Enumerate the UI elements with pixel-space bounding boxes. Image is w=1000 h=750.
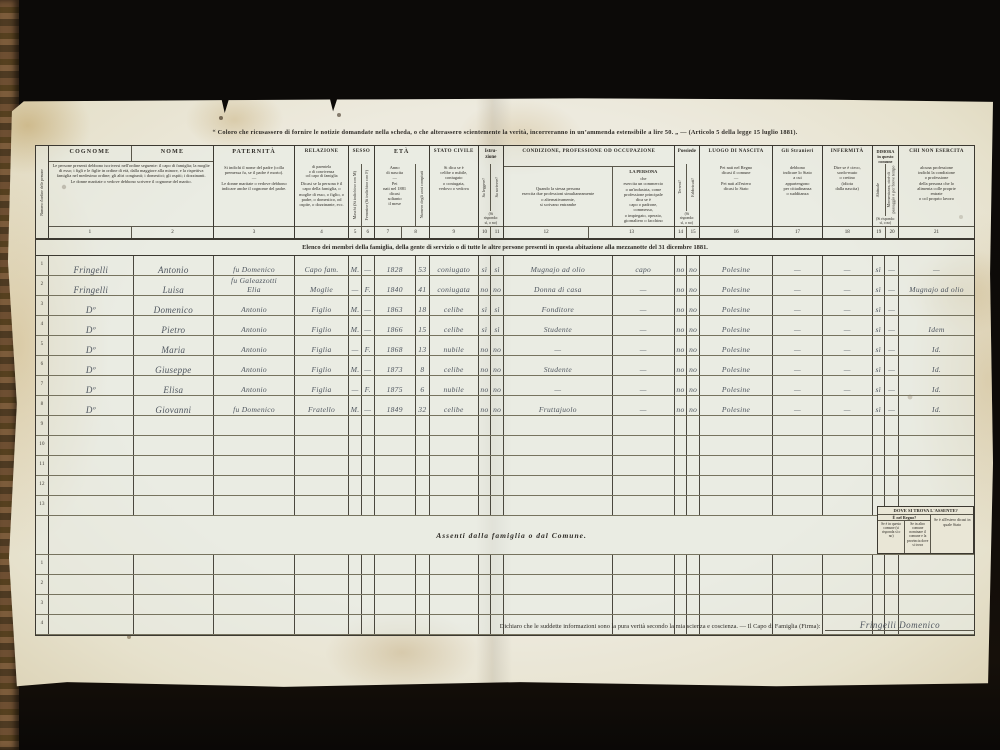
note-dimora: (Si risponda: sì, o no) (873, 216, 899, 226)
absent-empty-row: 1 (36, 555, 974, 575)
cell-relazione: Figlia (295, 336, 349, 355)
cell-nome: Pietro (134, 316, 215, 335)
cell-terreni: no (675, 316, 688, 335)
empty-row: 9 (36, 416, 974, 436)
cell-stranieri: — (773, 296, 823, 315)
cell-stranieri: — (773, 276, 823, 295)
cell-sesso-f: F. (362, 336, 375, 355)
cell-stranieri: — (773, 256, 823, 275)
cell-cognome: Dº (49, 296, 133, 315)
row-number: 5 (36, 336, 49, 355)
cell-sesso-m: M. (349, 296, 362, 315)
cell-anni: 18 (416, 296, 430, 315)
col-header-nome: NOME (131, 146, 214, 161)
cell-luogo-nascita: Polesine (700, 276, 773, 295)
cell-sa-scrivere: sì (491, 296, 504, 315)
col-la-persona: LA PERSONA che esercita un commercio o u… (612, 167, 674, 226)
cell-anni: 8 (416, 356, 430, 375)
column-group-stato-civile: STATO CIVILE Si dica se è celibe o nubil… (430, 146, 479, 238)
absent-empty-row: 2 (36, 575, 974, 595)
cell-la-persona: — (613, 356, 675, 375)
col-header-relazione: RELAZIONE (295, 146, 348, 164)
col-sa-leggere: Sa leggere? (479, 164, 491, 211)
cell-cognome: Dº (49, 356, 133, 375)
row-number: 2 (36, 575, 49, 594)
column-number-order: Numero d'ordine delle persone (36, 146, 49, 238)
col-due-professioni: Quando la stessa persona esercita due pr… (504, 167, 612, 226)
cell-la-persona: capo (613, 256, 675, 275)
cell-anno-nascita: 1840 (375, 276, 416, 295)
subtitle-relazione: di parentela o di convivenza col capo di… (295, 164, 348, 180)
cell-sesso-m: M. (349, 256, 362, 275)
cell-paternita: Antonio (214, 376, 295, 395)
cell-stato-civile: celibe (430, 356, 479, 375)
empty-row: 10 (36, 436, 974, 456)
cell-chi-non-esercita (899, 296, 974, 315)
table-header: Numero d'ordine delle persone COGNOME NO… (36, 146, 974, 240)
cell-sa-scrivere: sì (491, 316, 504, 335)
cell-infermita: — (823, 396, 873, 415)
column-group-stranieri: Gli Stranieri debbono indicare lo Stato … (773, 146, 823, 238)
column-group-cognome-nome: COGNOME NOME Le persone presenti debbono… (49, 146, 214, 238)
band-number-column (36, 516, 49, 554)
cell-sesso-m: M. (349, 316, 362, 335)
cell-nome: Luisa (134, 276, 215, 295)
cell-nome: Giovanni (134, 396, 215, 415)
col-maschi: Maschi (Si indichino con M) (349, 164, 361, 226)
penalty-notice: “ Coloro che ricusassero di fornire le n… (35, 129, 975, 136)
table-row: 7 Dº Elisa Antonio Figlia — F. 1875 6 nu… (36, 376, 974, 396)
cell-paternita: fu Domenico (214, 396, 295, 415)
column-group-chi-non-esercita: CHI NON ESERCITA alcuna professione indi… (899, 146, 974, 238)
cell-fabbricati: no (687, 316, 700, 335)
col-num: 20 (885, 227, 898, 238)
note-relazione: Dicasi se la persona è il capo della fam… (295, 180, 348, 226)
cell-terreni: no (675, 356, 688, 375)
census-sheet: “ Coloro che ricusassero di fornire le n… (8, 96, 993, 688)
empty-row: 11 (36, 456, 974, 476)
col-num: 3 (214, 230, 294, 235)
family-rows: 1 Fringelli Antonio fu Domenico Capo fam… (36, 256, 974, 416)
cell-sesso-m: — (349, 376, 362, 395)
col-header-dimora: DIMORA in questo comune (873, 146, 899, 164)
cell-sesso-f: — (362, 256, 375, 275)
note-luogo-nascita: Pei nati nel Regno dicasi il comune — Pe… (700, 164, 772, 226)
empty-rows: 9 10 (36, 416, 974, 516)
census-table: Numero d'ordine delle persone COGNOME NO… (35, 145, 975, 636)
col-sa-scrivere: Sa scrivere? (490, 164, 503, 211)
cell-sa-leggere: no (479, 376, 492, 395)
cell-fabbricati: no (687, 296, 700, 315)
cell-stranieri: — (773, 336, 823, 355)
cell-condizione: Studente (504, 356, 613, 375)
col-num: 17 (773, 230, 822, 235)
cell-nome: Domenico (134, 296, 215, 315)
col-num: 6 (361, 227, 374, 238)
cell-nome: Maria (134, 336, 215, 355)
cell-nome: Elisa (134, 376, 215, 395)
table-row: 8 Dº Giovanni fu Domenico Fratello M. — … (36, 396, 974, 416)
cell-dimora-momentanea: — (885, 256, 899, 275)
col-fabbricati: Fabbricati? (686, 164, 699, 211)
col-num: 16 (700, 230, 772, 235)
col-header-stranieri: Gli Stranieri (773, 146, 822, 164)
col-num: 15 (686, 227, 699, 238)
cell-dimora-momentanea: — (885, 376, 899, 395)
cell-dimora-abituale: sì (873, 336, 886, 355)
column-group-relazione: RELAZIONE di parentela o di convivenza c… (295, 146, 349, 238)
cell-stranieri: — (773, 356, 823, 375)
cell-stato-civile: nubile (430, 336, 479, 355)
table-row: 3 Dº Domenico Antonio Figlio M. — 1863 1… (36, 296, 974, 316)
cell-condizione: Fruttajuolo (504, 396, 613, 415)
col-num: 2 (131, 227, 214, 238)
cell-luogo-nascita: Polesine (700, 336, 773, 355)
cell-condizione: Studente (504, 316, 613, 335)
cell-terreni: no (675, 336, 688, 355)
cell-stranieri: — (773, 376, 823, 395)
cell-sa-scrivere: sì (491, 256, 504, 275)
empty-row: 13 (36, 496, 974, 516)
cell-infermita: — (823, 336, 873, 355)
table-row: 5 Dº Maria Antonio Figlia — F. 1868 13 n… (36, 336, 974, 356)
col-dimora-abituale: Abituale (873, 164, 885, 215)
row-number: 4 (36, 316, 49, 335)
cell-fabbricati: no (687, 336, 700, 355)
column-group-eta: ETÀ Anno di nascita — Pei nati nel 1881 … (375, 146, 430, 238)
row-number: 2 (36, 276, 49, 295)
cell-cognome: Dº (49, 316, 133, 335)
row-number: 3 (36, 595, 49, 614)
col-dimora-momentanea: Momentanea, cioè di passaggio o per brev… (885, 164, 898, 215)
cell-sa-leggere: sì (479, 256, 492, 275)
head-of-family-signature: Fringelli Domenico (825, 620, 975, 631)
cell-cognome: Dº (49, 336, 133, 355)
cell-chi-non-esercita: Id. (899, 376, 974, 395)
cell-anni: 32 (416, 396, 430, 415)
cell-chi-non-esercita: Mugnajo ad olio (899, 276, 974, 295)
cell-sa-scrivere: no (491, 376, 504, 395)
col-header-infermita: INFERMITÀ (823, 146, 872, 164)
col-header-luogo-nascita: LUOGO DI NASCITA (700, 146, 772, 164)
col-terreni: Terreni? (675, 164, 687, 211)
cell-sa-scrivere: no (491, 356, 504, 375)
cell-fabbricati: no (687, 256, 700, 275)
col-num: 12 (504, 230, 588, 235)
col-header-sesso: SESSO (349, 146, 373, 164)
cell-sa-leggere: sì (479, 296, 492, 315)
cell-condizione: — (504, 376, 613, 395)
cell-relazione: Figlio (295, 296, 349, 315)
photo-of-census-sheet: “ Coloro che ricusassero di fornire le n… (0, 0, 1000, 750)
absent-box-this-comune: Se è in questo comune (si risponda sì o … (878, 521, 904, 553)
col-header-cognome: COGNOME (49, 146, 131, 161)
cell-dimora-momentanea: — (885, 316, 899, 335)
cell-relazione: Figlio (295, 316, 349, 335)
cell-anno-nascita: 1868 (375, 336, 416, 355)
cell-la-persona: — (613, 316, 675, 335)
note-stranieri: debbono indicare lo Stato a cui apparten… (773, 164, 822, 226)
cell-paternita: fu Domenico (214, 256, 295, 275)
cell-sesso-f: F. (362, 276, 375, 295)
cell-sa-leggere: no (479, 356, 492, 375)
column-group-luogo-nascita: LUOGO DI NASCITA Pei nati nel Regno dica… (700, 146, 773, 238)
cell-infermita: — (823, 276, 873, 295)
cell-condizione: — (504, 336, 613, 355)
cell-chi-non-esercita: — (899, 256, 974, 275)
cell-cognome: Dº (49, 396, 133, 415)
cell-paternita: Antonio (214, 336, 295, 355)
empty-row: 12 (36, 476, 974, 496)
col-anno-nascita: Anno di nascita — Pei nati nel 1881 dica… (375, 164, 415, 226)
absent-box-other-comune: Se in altro comune nominare il comune e … (904, 521, 931, 553)
cell-anni: 53 (416, 256, 430, 275)
cell-terreni: no (675, 396, 688, 415)
cell-luogo-nascita: Polesine (700, 316, 773, 335)
cell-cognome: Dº (49, 376, 133, 395)
row-number: 8 (36, 396, 49, 415)
col-num: 1 (49, 230, 131, 235)
cell-sesso-f: — (362, 316, 375, 335)
cell-infermita: — (823, 256, 873, 275)
cell-paternita: Antonio (214, 356, 295, 375)
col-header-possiede: Possiede (675, 146, 699, 164)
cell-sa-scrivere: no (491, 336, 504, 355)
cell-terreni: no (675, 256, 688, 275)
col-anni-compiuti: Numero degli anni compiuti (415, 164, 429, 226)
absent-box-in-kingdom: È nel Regno? Se è in questo comune (si r… (878, 515, 931, 553)
cell-dimora-abituale: sì (873, 256, 886, 275)
cell-stato-civile: celibe (430, 316, 479, 335)
col-num: 19 (873, 230, 885, 235)
col-num: 11 (490, 227, 503, 238)
cell-anno-nascita: 1873 (375, 356, 416, 375)
note-stato-civile: Si dica se è celibe o nubile, coniugato … (430, 164, 478, 226)
cell-infermita: — (823, 296, 873, 315)
absent-section-title: Assenti dalla famiglia o dal Comune. (49, 516, 974, 554)
cell-relazione: Figlia (295, 376, 349, 395)
cell-condizione: Mugnajo ad olio (504, 256, 613, 275)
cell-dimora-abituale: sì (873, 356, 886, 375)
cell-fabbricati: no (687, 396, 700, 415)
col-num: 10 (479, 230, 491, 235)
cell-dimora-momentanea: — (885, 356, 899, 375)
absent-section-band: Assenti dalla famiglia o dal Comune. DOV… (36, 516, 974, 555)
cell-anni: 6 (416, 376, 430, 395)
row-number: 3 (36, 296, 49, 315)
absent-location-box: DOVE SI TROVA L'ASSENTE? È nel Regno? Se… (877, 506, 974, 554)
cell-cognome: Fringelli (49, 276, 133, 295)
cell-stato-civile: nubile (430, 376, 479, 395)
table-row: 2 Fringelli Luisa fu Galeazzotti Elia Mo… (36, 276, 974, 296)
cell-fabbricati: no (687, 376, 700, 395)
cell-terreni: no (675, 296, 688, 315)
col-header-eta: ETÀ (375, 146, 429, 164)
cell-la-persona: — (613, 336, 675, 355)
column-group-sesso: SESSO Maschi (Si indichino con M) Femmin… (349, 146, 374, 238)
cell-stato-civile: coniugato (430, 256, 479, 275)
cell-condizione: Donna di casa (504, 276, 613, 295)
cell-nome: Giuseppe (134, 356, 215, 375)
col-header-paternita: PATERNITÀ (214, 146, 294, 164)
col-num: 14 (675, 230, 687, 235)
cell-chi-non-esercita: Id. (899, 396, 974, 415)
table-row: 1 Fringelli Antonio fu Domenico Capo fam… (36, 256, 974, 276)
column-group-paternita: PATERNITÀ Si indichi il nome del padre (… (214, 146, 295, 238)
row-number: 1 (36, 555, 49, 574)
cell-stranieri: — (773, 396, 823, 415)
cell-anno-nascita: 1866 (375, 316, 416, 335)
cell-dimora-abituale: sì (873, 296, 886, 315)
cell-anni: 41 (416, 276, 430, 295)
cell-sesso-f: — (362, 296, 375, 315)
absent-empty-row: 3 (36, 595, 974, 615)
col-header-chi-non-esercita: CHI NON ESERCITA (899, 146, 974, 164)
column-group-possiede: Possiede Terreni? Fabbricati? (Si rispon… (675, 146, 700, 238)
col-num: 13 (588, 227, 673, 238)
row-number: 13 (36, 496, 49, 515)
absent-box-title: DOVE SI TROVA L'ASSENTE? (878, 507, 973, 515)
cell-infermita: — (823, 356, 873, 375)
cell-sa-leggere: sì (479, 316, 492, 335)
cell-la-persona: — (613, 376, 675, 395)
cell-anni: 13 (416, 336, 430, 355)
cell-dimora-momentanea: — (885, 296, 899, 315)
col-header-condizione: CONDIZIONE, PROFESSIONE OD OCCUPAZIONE (504, 146, 674, 167)
declaration-line: Dichiaro che le suddette informazioni so… (35, 620, 975, 631)
row-number: 7 (36, 376, 49, 395)
note-istruzione: (Si risponda: sì, o no) (479, 211, 503, 226)
cell-stato-civile: celibe (430, 296, 479, 315)
cell-anno-nascita: 1828 (375, 256, 416, 275)
cell-luogo-nascita: Polesine (700, 296, 773, 315)
cell-stato-civile: coniugata (430, 276, 479, 295)
cell-dimora-abituale: sì (873, 276, 886, 295)
col-header-stato-civile: STATO CIVILE (430, 146, 478, 164)
cell-sesso-m: — (349, 276, 362, 295)
cell-luogo-nascita: Polesine (700, 256, 773, 275)
row-number: 6 (36, 356, 49, 375)
cell-relazione: Figlio (295, 356, 349, 375)
absent-box-abroad: Se è all'estero dicasi in quale Stato (931, 515, 973, 553)
cell-relazione: Moglie (295, 276, 349, 295)
col-femmine: Femmine (Si indichino con F) (361, 164, 374, 226)
cell-relazione: Capo fam. (295, 256, 349, 275)
cell-dimora-momentanea: — (885, 396, 899, 415)
cell-chi-non-esercita: Id. (899, 336, 974, 355)
cell-anno-nascita: 1849 (375, 396, 416, 415)
note-possiede: (Si risponda: sì, o no) (675, 211, 699, 226)
cell-anni: 15 (416, 316, 430, 335)
cell-dimora-momentanea: — (885, 276, 899, 295)
cell-nome: Antonio (134, 256, 215, 275)
cell-dimora-momentanea: — (885, 336, 899, 355)
cell-sesso-f: — (362, 396, 375, 415)
cell-terreni: no (675, 376, 688, 395)
col-num: 7 (375, 230, 402, 235)
row-number: 10 (36, 436, 49, 455)
note-infermita: Dire se è cieco, sordo-muto o cretino (i… (823, 164, 872, 226)
col-header-istruzione: Istru- zione (479, 146, 503, 164)
cell-sa-leggere: no (479, 396, 492, 415)
cell-fabbricati: no (687, 356, 700, 375)
col-num: 18 (823, 230, 872, 235)
cell-la-persona: — (613, 296, 675, 315)
col-num: 5 (349, 230, 361, 235)
col-num: 21 (899, 230, 974, 235)
col-num: 9 (430, 230, 478, 235)
cell-sa-scrivere: no (491, 276, 504, 295)
cell-dimora-abituale: sì (873, 376, 886, 395)
cell-terreni: no (675, 276, 688, 295)
cell-sesso-m: — (349, 336, 362, 355)
column-group-dimora: DIMORA in questo comune Abituale Momenta… (873, 146, 900, 238)
cell-infermita: — (823, 376, 873, 395)
cell-sesso-m: M. (349, 396, 362, 415)
declaration-text: Dichiaro che le suddette informazioni so… (500, 623, 821, 630)
cell-anno-nascita: 1875 (375, 376, 416, 395)
cell-paternita: Antonio (214, 316, 295, 335)
cell-sesso-m: M. (349, 356, 362, 375)
row-number: 9 (36, 416, 49, 435)
column-group-istruzione: Istru- zione Sa leggere? Sa scrivere? (S… (479, 146, 504, 238)
row-number: 11 (36, 456, 49, 475)
cell-la-persona: — (613, 396, 675, 415)
row-number: 1 (36, 256, 49, 275)
cell-dimora-abituale: sì (873, 316, 886, 335)
cell-stranieri: — (773, 316, 823, 335)
cell-luogo-nascita: Polesine (700, 396, 773, 415)
cell-la-persona: — (613, 276, 675, 295)
cell-chi-non-esercita: Id. (899, 356, 974, 375)
cell-sesso-f: F. (362, 376, 375, 395)
cell-luogo-nascita: Polesine (700, 376, 773, 395)
table-row: 6 Dº Giuseppe Antonio Figlio M. — 1873 8… (36, 356, 974, 376)
cell-sa-leggere: no (479, 336, 492, 355)
cell-stato-civile: celibe (430, 396, 479, 415)
cell-luogo-nascita: Polesine (700, 356, 773, 375)
cell-paternita: Antonio (214, 296, 295, 315)
note-chi-non-esercita: alcuna professione indichi la condizione… (899, 164, 974, 226)
row-number: 12 (36, 476, 49, 495)
note-cognome-nome: Le persone presenti debbono iscriversi n… (49, 162, 213, 226)
cell-paternita: fu Galeazzotti Elia (214, 276, 295, 295)
section-subtitle: Elenco dei membri della famiglia, della … (36, 240, 974, 256)
cell-dimora-abituale: sì (873, 396, 886, 415)
cell-sa-scrivere: no (491, 396, 504, 415)
cell-relazione: Fratello (295, 396, 349, 415)
cell-cognome: Fringelli (49, 256, 133, 275)
table-row: 4 Dº Pietro Antonio Figlio M. — 1866 15 … (36, 316, 974, 336)
note-paternita: Si indichi il nome del padre (colla prem… (214, 164, 294, 226)
cell-sa-leggere: no (479, 276, 492, 295)
cell-fabbricati: no (687, 276, 700, 295)
cell-condizione: Fonditore (504, 296, 613, 315)
cell-anno-nascita: 1863 (375, 296, 416, 315)
column-group-infermita: INFERMITÀ Dire se è cieco, sordo-muto o … (823, 146, 873, 238)
cell-chi-non-esercita: Idem (899, 316, 974, 335)
col-num: 4 (295, 230, 348, 235)
column-group-condizione: CONDIZIONE, PROFESSIONE OD OCCUPAZIONE Q… (504, 146, 675, 238)
cell-infermita: — (823, 316, 873, 335)
col-num: 8 (401, 227, 429, 238)
cell-sesso-f: — (362, 356, 375, 375)
